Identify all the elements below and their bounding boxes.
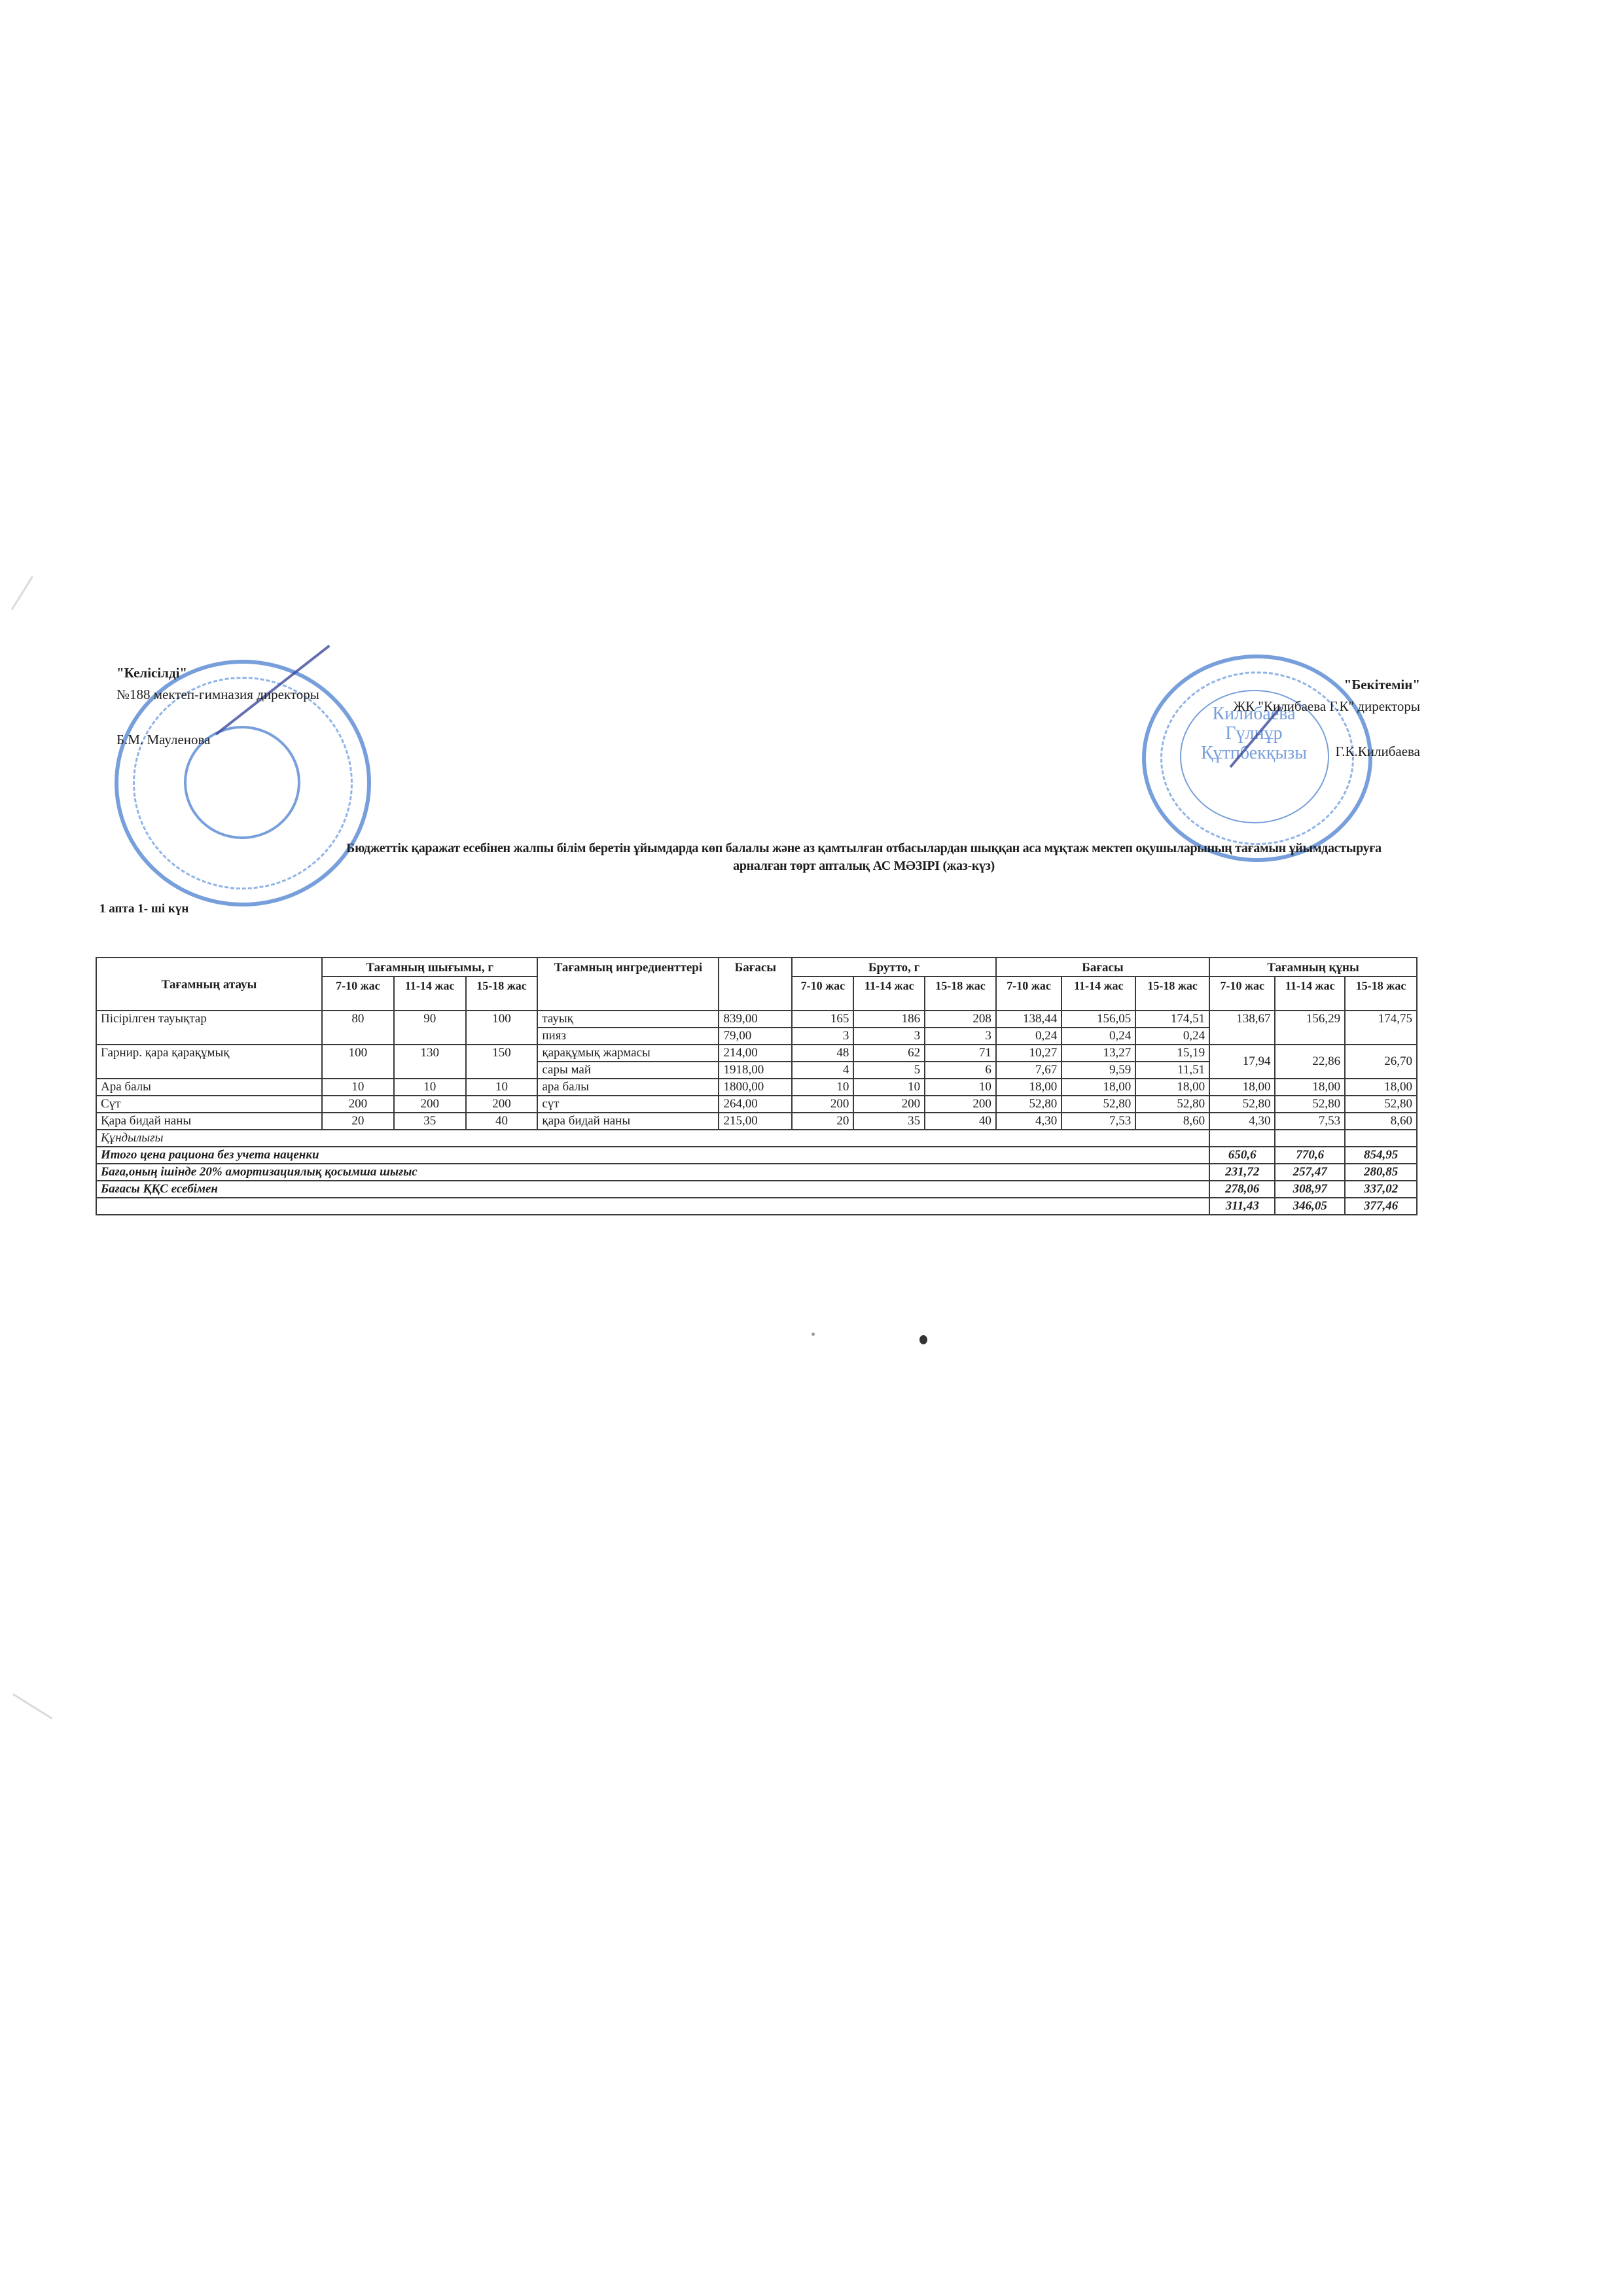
summary-value: 278,06 <box>1209 1181 1275 1198</box>
col-cost-age: 7-10 жас <box>996 977 1061 1011</box>
gross-cell: 10 <box>925 1079 996 1096</box>
cost-cell: 7,53 <box>1061 1113 1135 1130</box>
approval-right-name: Г.К.Килибаева <box>1198 741 1420 762</box>
gross-cell: 40 <box>925 1113 996 1130</box>
dish-cost-cell: 4,30 <box>1209 1113 1275 1130</box>
col-dish-cost: Тағамның құны <box>1209 958 1417 977</box>
cost-cell: 8,60 <box>1135 1113 1209 1130</box>
col-gross: Брутто, г <box>792 958 996 977</box>
gross-cell: 5 <box>853 1062 925 1079</box>
summary-label: Баға,оның ішінде 20% амортизациялық қосы… <box>96 1164 1209 1181</box>
cost-cell: 0,24 <box>1061 1028 1135 1045</box>
cost-cell: 52,80 <box>1135 1096 1209 1113</box>
dish-cost-cell: 18,00 <box>1209 1079 1275 1096</box>
cost-cell: 4,30 <box>996 1113 1061 1130</box>
summary-value <box>1209 1130 1275 1147</box>
yield-cell: 35 <box>394 1113 466 1130</box>
cost-cell: 52,80 <box>996 1096 1061 1113</box>
gross-cell: 3 <box>792 1028 853 1045</box>
yield-cell: 80 <box>322 1011 394 1045</box>
scan-speck <box>811 1333 815 1336</box>
col-cost: Бағасы <box>996 958 1209 977</box>
cost-cell: 7,67 <box>996 1062 1061 1079</box>
col-yield-age: 7-10 жас <box>322 977 394 1011</box>
dish-name-cell: Ара балы <box>96 1079 322 1096</box>
dish-cost-cell: 22,86 <box>1275 1045 1345 1079</box>
dish-cost-cell: 17,94 <box>1209 1045 1275 1079</box>
cost-cell: 18,00 <box>1135 1079 1209 1096</box>
cost-cell: 9,59 <box>1061 1062 1135 1079</box>
table-row: Гарнир. қара қарақұмық100130150қарақұмық… <box>96 1045 1417 1062</box>
summary-row: Баға,оның ішінде 20% амортизациялық қосы… <box>96 1164 1417 1181</box>
summary-row: 311,43346,05377,46 <box>96 1198 1417 1215</box>
cost-cell: 10,27 <box>996 1045 1061 1062</box>
summary-value: 770,6 <box>1275 1147 1345 1164</box>
price-cell: 1918,00 <box>719 1062 792 1079</box>
col-cost-age: 15-18 жас <box>1135 977 1209 1011</box>
approval-left: "Келісілді" №188 мектеп-гимназия директо… <box>116 662 319 751</box>
summary-value <box>1275 1130 1345 1147</box>
dish-cost-cell: 138,67 <box>1209 1011 1275 1045</box>
col-yield-age: 15-18 жас <box>466 977 538 1011</box>
col-gross-age: 15-18 жас <box>925 977 996 1011</box>
col-yield-age: 11-14 жас <box>394 977 466 1011</box>
gross-cell: 71 <box>925 1045 996 1062</box>
gross-cell: 48 <box>792 1045 853 1062</box>
col-dish-cost-age: 15-18 жас <box>1345 977 1417 1011</box>
gross-cell: 208 <box>925 1011 996 1028</box>
col-gross-age: 7-10 жас <box>792 977 853 1011</box>
gross-cell: 3 <box>925 1028 996 1045</box>
col-dish-name: Тағамның атауы <box>96 958 322 1011</box>
price-cell: 214,00 <box>719 1045 792 1062</box>
ingredient-cell: сүт <box>537 1096 719 1113</box>
gross-cell: 20 <box>792 1113 853 1130</box>
dish-name-cell: Сүт <box>96 1096 322 1113</box>
gross-cell: 3 <box>853 1028 925 1045</box>
yield-cell: 100 <box>466 1011 538 1045</box>
yield-cell: 100 <box>322 1045 394 1079</box>
dish-cost-cell: 52,80 <box>1345 1096 1417 1113</box>
summary-value <box>1345 1130 1417 1147</box>
ingredient-cell: пияз <box>537 1028 719 1045</box>
gross-cell: 10 <box>853 1079 925 1096</box>
dish-cost-cell: 18,00 <box>1345 1079 1417 1096</box>
menu-table: Тағамның атауы Тағамның шығымы, г Тағамн… <box>96 957 1418 1215</box>
gross-cell: 165 <box>792 1011 853 1028</box>
document-title-line1: Бюджеттік қаражат есебінен жалпы білім б… <box>105 840 1623 857</box>
summary-row: Бағасы ҚҚС есебімен278,06308,97337,02 <box>96 1181 1417 1198</box>
cost-cell: 13,27 <box>1061 1045 1135 1062</box>
summary-value: 231,72 <box>1209 1164 1275 1181</box>
gross-cell: 200 <box>925 1096 996 1113</box>
summary-label <box>96 1198 1209 1215</box>
gross-cell: 4 <box>792 1062 853 1079</box>
dish-cost-cell: 174,75 <box>1345 1011 1417 1045</box>
cost-cell: 18,00 <box>996 1079 1061 1096</box>
yield-cell: 150 <box>466 1045 538 1079</box>
approval-right-position: ЖК "Килибаева Г.К" директоры <box>1198 696 1420 717</box>
document-title-line2: арналған төрт апталық АС МӘЗІРІ (жаз-күз… <box>105 857 1623 875</box>
yield-cell: 130 <box>394 1045 466 1079</box>
yield-cell: 10 <box>394 1079 466 1096</box>
price-cell: 79,00 <box>719 1028 792 1045</box>
table-row: Ара балы101010ара балы1800,0010101018,00… <box>96 1079 1417 1096</box>
gross-cell: 62 <box>853 1045 925 1062</box>
yield-cell: 10 <box>322 1079 394 1096</box>
scan-speck <box>919 1335 927 1344</box>
gross-cell: 10 <box>792 1079 853 1096</box>
scan-artifact <box>12 1693 52 1719</box>
table-row: Қара бидай наны203540қара бидай наны215,… <box>96 1113 1417 1130</box>
cost-cell: 0,24 <box>1135 1028 1209 1045</box>
summary-value: 280,85 <box>1345 1164 1417 1181</box>
gross-cell: 35 <box>853 1113 925 1130</box>
yield-cell: 20 <box>322 1113 394 1130</box>
table-header-row: Тағамның атауы Тағамның шығымы, г Тағамн… <box>96 958 1417 977</box>
col-dish-cost-age: 11-14 жас <box>1275 977 1345 1011</box>
summary-value: 854,95 <box>1345 1147 1417 1164</box>
col-yield: Тағамның шығымы, г <box>322 958 537 977</box>
summary-value: 257,47 <box>1275 1164 1345 1181</box>
yield-cell: 200 <box>466 1096 538 1113</box>
gross-cell: 6 <box>925 1062 996 1079</box>
table-row: Сүт200200200сүт264,0020020020052,8052,80… <box>96 1096 1417 1113</box>
cost-cell: 52,80 <box>1061 1096 1135 1113</box>
scan-artifact <box>11 576 33 610</box>
gross-cell: 200 <box>853 1096 925 1113</box>
ingredient-cell: қарақұмық жармасы <box>537 1045 719 1062</box>
summary-value: 337,02 <box>1345 1181 1417 1198</box>
yield-cell: 10 <box>466 1079 538 1096</box>
dish-name-cell: Қара бидай наны <box>96 1113 322 1130</box>
gross-cell: 200 <box>792 1096 853 1113</box>
dish-name-cell: Пісірілген тауықтар <box>96 1011 322 1045</box>
dish-name-cell: Гарнир. қара қарақұмық <box>96 1045 322 1079</box>
yield-cell: 40 <box>466 1113 538 1130</box>
dish-cost-cell: 7,53 <box>1275 1113 1345 1130</box>
gross-cell: 186 <box>853 1011 925 1028</box>
ingredient-cell: қара бидай наны <box>537 1113 719 1130</box>
summary-value: 377,46 <box>1345 1198 1417 1215</box>
day-label: 1 апта 1- ші күн <box>99 902 188 916</box>
summary-value: 308,97 <box>1275 1181 1345 1198</box>
dish-cost-cell: 52,80 <box>1209 1096 1275 1113</box>
price-cell: 839,00 <box>719 1011 792 1028</box>
ingredient-cell: ара балы <box>537 1079 719 1096</box>
cost-cell: 0,24 <box>996 1028 1061 1045</box>
col-gross-age: 11-14 жас <box>853 977 925 1011</box>
dish-cost-cell: 52,80 <box>1275 1096 1345 1113</box>
yield-cell: 200 <box>394 1096 466 1113</box>
col-price: Бағасы <box>719 958 792 1011</box>
cost-cell: 11,51 <box>1135 1062 1209 1079</box>
dish-cost-cell: 156,29 <box>1275 1011 1345 1045</box>
approval-right: "Бекітемін" ЖК "Килибаева Г.К" директоры… <box>1198 674 1420 762</box>
approval-right-title: "Бекітемін" <box>1198 674 1420 696</box>
price-cell: 215,00 <box>719 1113 792 1130</box>
col-cost-age: 11-14 жас <box>1061 977 1135 1011</box>
col-ingredients: Тағамның ингредиенттері <box>537 958 719 1011</box>
cost-cell: 174,51 <box>1135 1011 1209 1028</box>
document-title: Бюджеттік қаражат есебінен жалпы білім б… <box>0 840 1623 875</box>
table-row: Пісірілген тауықтар8090100тауық839,00165… <box>96 1011 1417 1028</box>
ingredient-cell: сары май <box>537 1062 719 1079</box>
summary-label: Құндылығы <box>96 1130 1209 1147</box>
dish-cost-cell: 18,00 <box>1275 1079 1345 1096</box>
cost-cell: 138,44 <box>996 1011 1061 1028</box>
dish-cost-cell: 8,60 <box>1345 1113 1417 1130</box>
price-cell: 1800,00 <box>719 1079 792 1096</box>
summary-label: Итого цена рациона без учета наценки <box>96 1147 1209 1164</box>
price-cell: 264,00 <box>719 1096 792 1113</box>
cost-cell: 18,00 <box>1061 1079 1135 1096</box>
dish-cost-cell: 26,70 <box>1345 1045 1417 1079</box>
cost-cell: 156,05 <box>1061 1011 1135 1028</box>
summary-row: Құндылығы <box>96 1130 1417 1147</box>
summary-row: Итого цена рациона без учета наценки650,… <box>96 1147 1417 1164</box>
summary-value: 346,05 <box>1275 1198 1345 1215</box>
summary-value: 311,43 <box>1209 1198 1275 1215</box>
summary-label: Бағасы ҚҚС есебімен <box>96 1181 1209 1198</box>
summary-value: 650,6 <box>1209 1147 1275 1164</box>
menu-table-body: Пісірілген тауықтар8090100тауық839,00165… <box>96 1011 1417 1215</box>
yield-cell: 90 <box>394 1011 466 1045</box>
cost-cell: 15,19 <box>1135 1045 1209 1062</box>
col-dish-cost-age: 7-10 жас <box>1209 977 1275 1011</box>
approval-left-title: "Келісілді" <box>116 662 319 684</box>
ingredient-cell: тауық <box>537 1011 719 1028</box>
yield-cell: 200 <box>322 1096 394 1113</box>
approval-left-position: №188 мектеп-гимназия директоры <box>116 684 319 706</box>
approval-left-name: Б.М. Мауленова <box>116 729 319 751</box>
